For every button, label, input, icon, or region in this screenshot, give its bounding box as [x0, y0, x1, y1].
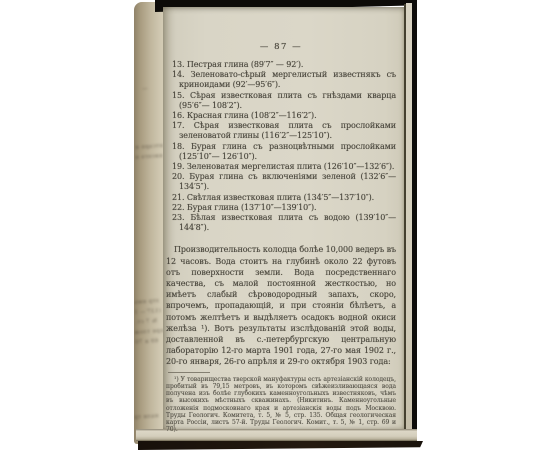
item-text: Зеленовато-сѣрый мергелистый известнякъ … [179, 70, 396, 89]
list-item: 14. Зеленовато-сѣрый мергелистый известн… [166, 70, 396, 90]
item-text: Свѣтлая известковая плита (134′5″—137′10… [187, 193, 374, 202]
item-text: Пестрая глина (89′7″ — 92′). [187, 60, 304, 69]
showthrough-text: 69 и 70 [135, 338, 159, 346]
showthrough-text: лтр нмъ [134, 298, 160, 306]
item-text: Сѣрая известковая плита съ прослойками з… [179, 121, 396, 140]
showthrough-text: прн тлож [134, 328, 164, 336]
strata-list: 13. Пестрая глина (89′7″ — 92′). 14. Зел… [166, 60, 396, 233]
book-cover-bottom-edge [138, 441, 423, 450]
item-text: Сѣрая известковая плита съ гнѣздами квар… [179, 91, 396, 110]
item-number: 15. [172, 91, 184, 100]
list-item: 16. Красная глина (108′2″—116′2″). [166, 111, 396, 121]
list-item: 20. Бурая глина съ включеніями зеленой (… [166, 172, 396, 192]
item-number: 13. [172, 60, 184, 69]
item-number: 21. [172, 193, 184, 202]
item-number: 18. [172, 142, 184, 151]
showthrough-text: нали тр [134, 413, 159, 421]
item-number: 20. [172, 172, 184, 181]
body-paragraph: Производительность колодца болѣе 10,000 … [166, 244, 396, 367]
item-text: Красная глина (108′2″—116′2″). [187, 111, 317, 120]
item-text: Зеленоватая мергелистая плита (126′10″—1… [187, 162, 394, 171]
showthrough-text: нтсарп и [135, 143, 163, 151]
item-text: Бѣлая известковая плита съ водою (139′10… [179, 213, 396, 232]
list-item: 18. Бурая глина съ разноцвѣтными прослой… [166, 142, 396, 162]
showthrough-text: кисего н [135, 153, 163, 161]
item-number: 19. [172, 162, 184, 171]
item-text: Бурая глина съ разноцвѣтными прослойками… [179, 142, 396, 161]
item-number: 17. [172, 121, 184, 130]
list-item: 13. Пестрая глина (89′7″ — 92′). [166, 60, 396, 70]
book-cover-right-edge [412, 0, 417, 441]
showthrough-text: № 7 ст. [135, 318, 158, 326]
item-number: 14. [172, 70, 184, 79]
item-number: 22. [172, 203, 184, 212]
list-item: 22. Бурая глина (137′10″—139′10″). [166, 203, 396, 213]
item-text: Бурая глина (137′10″—139′10″). [187, 203, 317, 212]
list-item: 21. Свѣтлая известковая плита (134′5″—13… [166, 193, 396, 203]
page-edge-spine: — нтсарп и кисего н лтр нмъ (137′— 1 № 7… [134, 2, 164, 444]
list-item: 19. Зеленоватая мергелистая плита (126′1… [166, 162, 396, 172]
page-number: — 87 — [166, 42, 396, 52]
list-item: 23. Бѣлая известковая плита съ водою (13… [166, 213, 396, 233]
footnote-separator [168, 372, 210, 373]
book-page-photo: — нтсарп и кисего н лтр нмъ (137′— 1 № 7… [0, 0, 550, 450]
showthrough-text: — [142, 86, 148, 92]
item-number: 23. [172, 213, 184, 222]
showthrough-text: (137′— 1 [134, 308, 161, 316]
footnote: ¹) У товарищества тверской мануфактуры е… [166, 376, 396, 434]
list-item: 17. Сѣрая известковая плита съ прослойка… [166, 121, 396, 141]
page-content: — 87 — 13. Пестрая глина (89′7″ — 92′). … [166, 42, 396, 433]
list-item: 15. Сѣрая известковая плита съ гнѣздами … [166, 91, 396, 111]
item-number: 16. [172, 111, 184, 120]
item-text: Бурая глина съ включеніями зеленой (132′… [179, 172, 396, 191]
